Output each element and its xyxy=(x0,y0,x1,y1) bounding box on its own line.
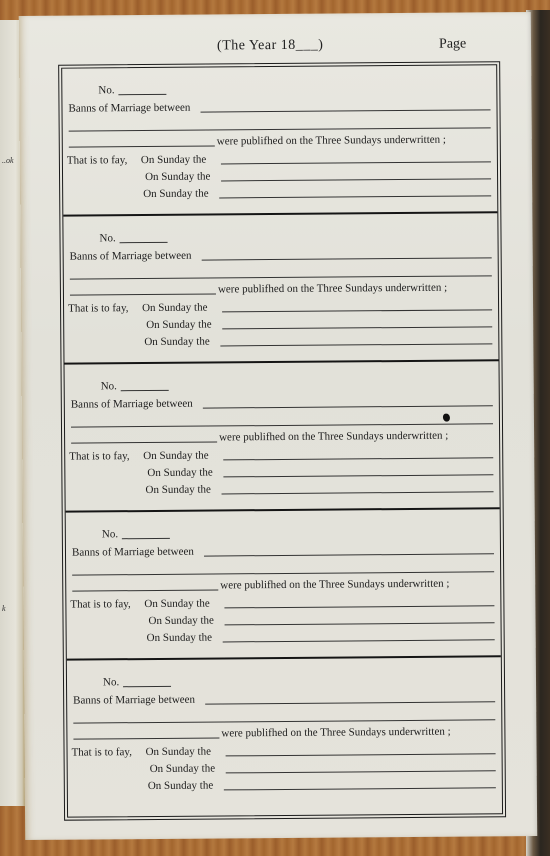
sunday-date-field-1[interactable] xyxy=(226,753,496,756)
banns-label: Banns of Marriage between xyxy=(68,102,190,115)
sunday-date-field-2[interactable] xyxy=(226,770,496,773)
published-label: were publifhed on the Three Sundays unde… xyxy=(220,578,449,592)
sunday-label: On Sunday the xyxy=(148,780,213,793)
banns-entry: No. Banns of Marriage between were publi… xyxy=(63,213,498,364)
sunday-date-field-1[interactable] xyxy=(221,161,491,164)
published-label: were publifhed on the Three Sundays unde… xyxy=(217,134,446,148)
sunday-label: On Sunday the xyxy=(142,302,207,315)
that-is-label: That is to fay, xyxy=(67,154,127,166)
sunday-date-field-1[interactable] xyxy=(224,605,494,608)
page-number-label: Page xyxy=(439,37,466,53)
sunday-label: On Sunday the xyxy=(146,746,211,759)
sunday-label: On Sunday the xyxy=(146,319,211,332)
banns-label: Banns of Marriage between xyxy=(70,250,192,263)
entry-number-field[interactable] xyxy=(123,686,171,687)
sunday-date-field-3[interactable] xyxy=(222,491,494,494)
sunday-label: On Sunday the xyxy=(144,336,209,349)
page-header: (The Year 18___) Page xyxy=(19,36,531,60)
names-field-3[interactable] xyxy=(70,293,216,295)
sunday-date-field-2[interactable] xyxy=(223,474,493,477)
names-field-1[interactable] xyxy=(203,405,493,408)
sunday-date-field-1[interactable] xyxy=(222,309,492,312)
published-label: were publifhed on the Three Sundays unde… xyxy=(218,282,447,296)
names-field-3[interactable] xyxy=(69,145,215,147)
sunday-label: On Sunday the xyxy=(141,154,206,167)
entry-number-label: No. xyxy=(98,84,114,96)
entry-number-label: No. xyxy=(101,380,117,392)
published-label: were publifhed on the Three Sundays unde… xyxy=(221,726,450,740)
published-label: were publifhed on the Three Sundays unde… xyxy=(219,430,448,444)
entry-number-field[interactable] xyxy=(122,538,170,539)
ink-blot-mark xyxy=(443,414,450,422)
entry-number-label: No. xyxy=(99,232,115,244)
entry-number-label: No. xyxy=(103,676,119,688)
sunday-date-field-2[interactable] xyxy=(221,178,491,181)
entry-number-label: No. xyxy=(102,528,118,540)
register-page: (The Year 18___) Page No. Banns of Marri… xyxy=(19,12,537,840)
sunday-label: On Sunday the xyxy=(147,467,212,480)
sunday-date-field-3[interactable] xyxy=(220,343,492,346)
names-field-1[interactable] xyxy=(205,701,495,704)
margin-note: k xyxy=(2,604,6,613)
names-field-3[interactable] xyxy=(71,441,217,443)
names-field-3[interactable] xyxy=(73,737,219,739)
year-label: (The Year 18___) xyxy=(217,38,323,55)
names-field-3[interactable] xyxy=(72,589,218,591)
sunday-date-field-1[interactable] xyxy=(223,457,493,460)
that-is-label: That is to fay, xyxy=(68,302,128,314)
entry-number-field[interactable] xyxy=(121,390,169,391)
that-is-label: That is to fay, xyxy=(70,598,130,610)
sunday-date-field-3[interactable] xyxy=(219,195,491,198)
entry-number-field[interactable] xyxy=(120,242,168,243)
banns-label: Banns of Marriage between xyxy=(71,398,193,411)
sunday-label: On Sunday the xyxy=(143,450,208,463)
sunday-label: On Sunday the xyxy=(147,632,212,645)
banns-register-frame: No. Banns of Marriage between were publi… xyxy=(61,64,503,817)
sunday-date-field-2[interactable] xyxy=(225,622,495,625)
names-field-1[interactable] xyxy=(202,257,492,260)
that-is-label: That is to fay, xyxy=(69,450,129,462)
names-field-1[interactable] xyxy=(201,109,491,112)
names-field-1[interactable] xyxy=(204,553,494,556)
that-is-label: That is to fay, xyxy=(72,746,132,758)
banns-entry: No. Banns of Marriage between were publi… xyxy=(67,657,502,808)
banns-entry: No. Banns of Marriage between were publi… xyxy=(66,509,501,660)
sunday-date-field-3[interactable] xyxy=(224,787,496,790)
banns-entry: No. Banns of Marriage between were publi… xyxy=(62,65,497,216)
sunday-label: On Sunday the xyxy=(148,615,213,628)
sunday-date-field-3[interactable] xyxy=(223,639,495,642)
sunday-label: On Sunday the xyxy=(145,484,210,497)
banns-entry: No. Banns of Marriage between were publi… xyxy=(65,361,500,512)
sunday-label: On Sunday the xyxy=(143,188,208,201)
entry-number-field[interactable] xyxy=(118,94,166,95)
banns-label: Banns of Marriage between xyxy=(73,694,195,707)
sunday-date-field-2[interactable] xyxy=(222,326,492,329)
banns-label: Banns of Marriage between xyxy=(72,546,194,559)
margin-note: ..ok xyxy=(2,156,14,165)
sunday-label: On Sunday the xyxy=(144,598,209,611)
sunday-label: On Sunday the xyxy=(145,171,210,184)
sunday-label: On Sunday the xyxy=(150,763,215,776)
